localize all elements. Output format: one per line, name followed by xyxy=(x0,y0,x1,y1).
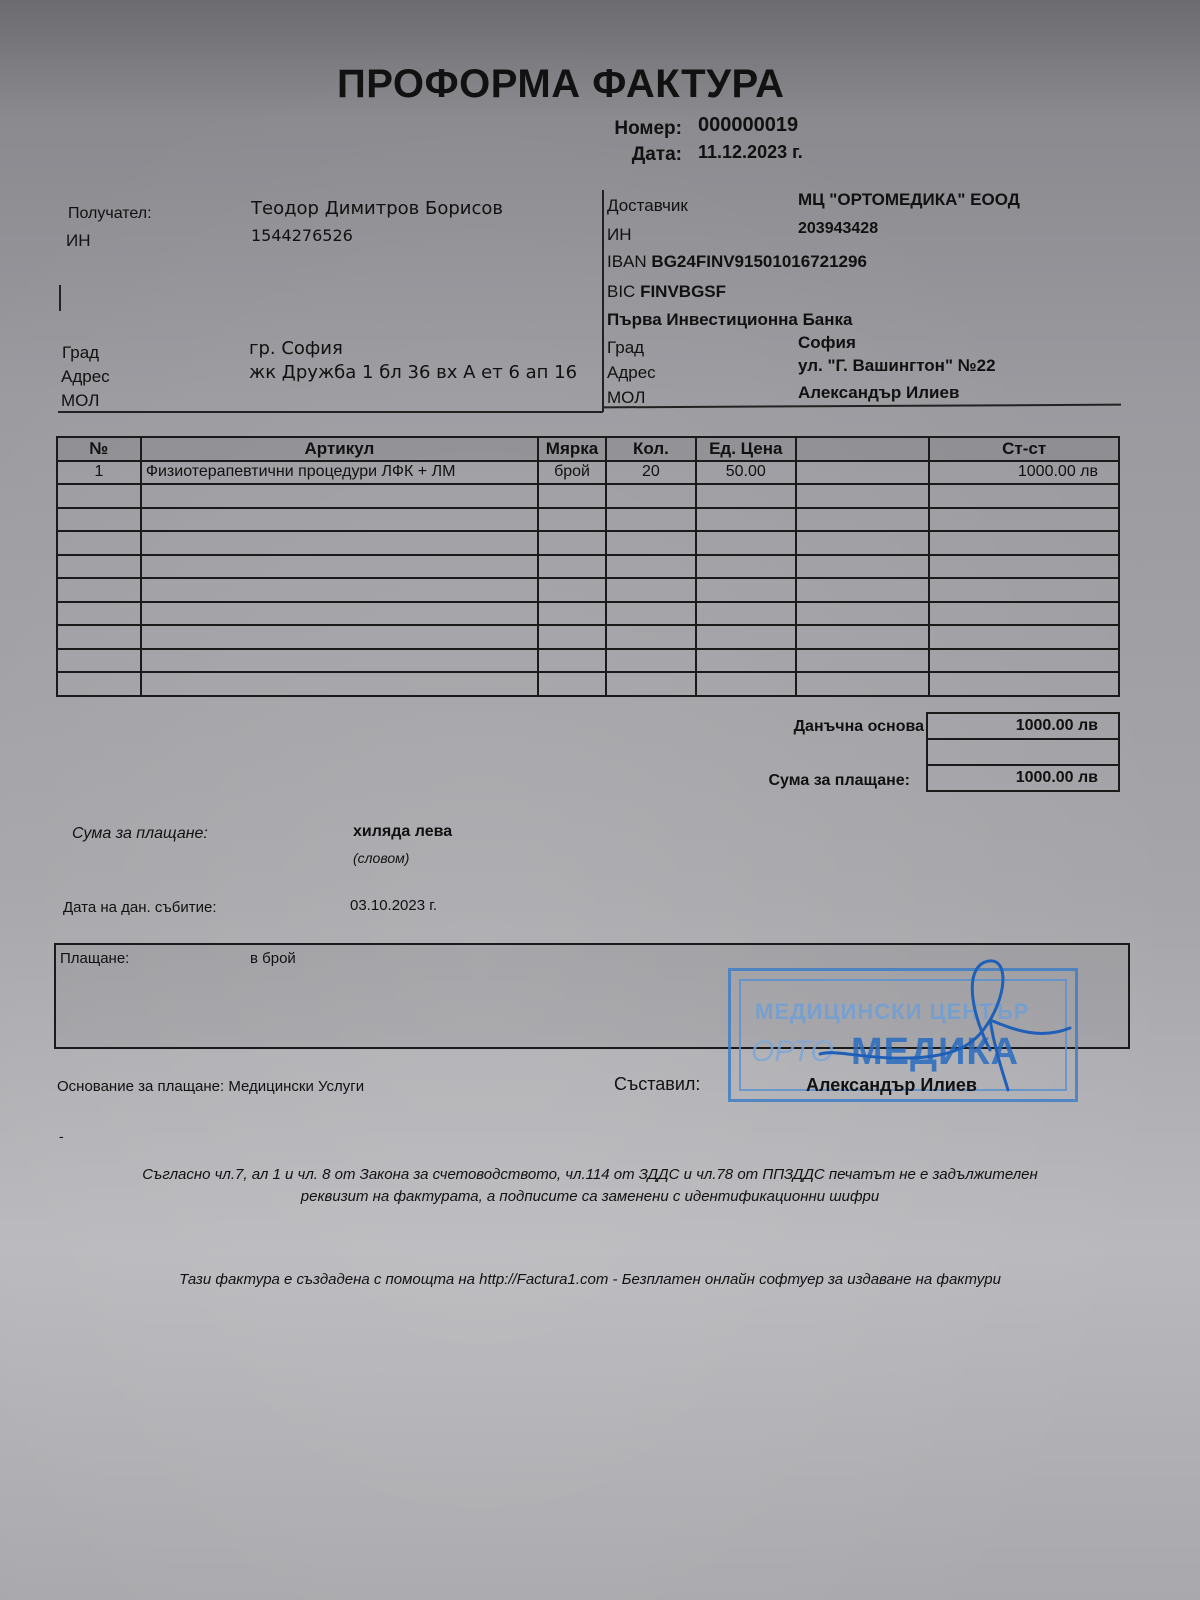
cell-amount xyxy=(929,508,1119,532)
cell-quantity xyxy=(606,672,696,696)
cell-amount xyxy=(929,672,1119,696)
cell-quantity xyxy=(606,531,696,555)
cell-quantity xyxy=(606,649,696,673)
items-header-row: № Артикул Мярка Кол. Ед. Цена Ст-ст xyxy=(57,437,1119,461)
generator-note: Тази фактура е създадена с помощта на ht… xyxy=(60,1271,1120,1288)
cell-article xyxy=(141,649,538,673)
iban-value: BG24FINV91501016721296 xyxy=(651,252,867,271)
supplier-id-label: ИН xyxy=(607,225,632,245)
cell-unit xyxy=(538,508,606,532)
recipient-bottom-rule xyxy=(58,411,603,413)
table-row xyxy=(57,578,1119,602)
cell-number: 1 xyxy=(57,461,141,485)
tax-event-label: Дата на дан. събитие: xyxy=(63,899,217,916)
cell-number xyxy=(57,555,141,579)
cell-amount xyxy=(929,625,1119,649)
cell-unit-price: 50.00 xyxy=(696,461,796,485)
cell-unit-price xyxy=(696,625,796,649)
table-row xyxy=(57,602,1119,626)
cell-number xyxy=(57,531,141,555)
table-row xyxy=(57,649,1119,673)
amount-due-value: 1000.00 лв xyxy=(928,766,1118,790)
composer-label: Съставил: xyxy=(614,1074,700,1095)
cell-unit-price xyxy=(696,672,796,696)
cell-unit: брой xyxy=(538,461,606,485)
col-header-amount: Ст-ст xyxy=(929,437,1119,461)
cell-quantity xyxy=(606,625,696,649)
cell-blank xyxy=(796,578,930,602)
supplier-bic: BIC FINVBGSF xyxy=(607,282,726,302)
bic-label: BIC xyxy=(607,282,635,301)
cell-unit xyxy=(538,672,606,696)
recipient-address-label: Адрес xyxy=(61,367,110,387)
cell-blank xyxy=(796,625,930,649)
supplier-value: МЦ "ОРТОМЕДИКА" ЕООД xyxy=(798,190,1020,210)
cell-blank xyxy=(796,484,930,508)
number-label: Номер: xyxy=(592,118,682,140)
cell-number xyxy=(57,602,141,626)
iban-label: IBAN xyxy=(607,252,647,271)
legal-note-line1: Съгласно чл.7, ал 1 и чл. 8 от Закона за… xyxy=(60,1166,1120,1183)
amount-words-label: Сума за плащане: xyxy=(72,825,208,843)
col-header-unit: Мярка xyxy=(538,437,606,461)
cell-blank xyxy=(796,555,930,579)
amount-words-value: хиляда лева xyxy=(353,823,452,841)
payment-value: в брой xyxy=(250,950,296,967)
amount-due-label: Сума за плащане: xyxy=(700,772,910,790)
cell-unit xyxy=(538,484,606,508)
supplier-city-label: Град xyxy=(607,338,644,358)
cell-amount xyxy=(929,531,1119,555)
cell-unit-price xyxy=(696,508,796,532)
cell-unit xyxy=(538,555,606,579)
recipient-mol-label: МОЛ xyxy=(61,391,99,411)
col-header-number: № xyxy=(57,437,141,461)
cell-amount: 1000.00 лв xyxy=(929,461,1119,485)
col-header-quantity: Кол. xyxy=(606,437,696,461)
cell-quantity: 20 xyxy=(606,461,696,485)
table-row xyxy=(57,531,1119,555)
totals-empty-cell xyxy=(928,740,1118,766)
tax-base-value: 1000.00 лв xyxy=(928,714,1118,740)
cell-unit-price xyxy=(696,484,796,508)
legal-note-line2: реквизит на фактурата, а подписите са за… xyxy=(60,1188,1120,1205)
date-value: 11.12.2023 г. xyxy=(698,142,803,163)
cell-amount xyxy=(929,602,1119,626)
cell-article xyxy=(141,672,538,696)
recipient-label: Получател: xyxy=(68,205,152,223)
cell-blank xyxy=(796,508,930,532)
cell-unit-price xyxy=(696,555,796,579)
supplier-address-value: ул. "Г. Вашингтон" №22 xyxy=(798,356,996,376)
table-row xyxy=(57,484,1119,508)
col-header-blank xyxy=(796,437,930,461)
cell-unit xyxy=(538,531,606,555)
cell-blank xyxy=(796,649,930,673)
supplier-id-value: 203943428 xyxy=(798,220,878,238)
cell-amount xyxy=(929,649,1119,673)
recipient-value: Теодор Димитров Борисов xyxy=(251,198,503,219)
cell-number xyxy=(57,508,141,532)
supplier-label: Доставчик xyxy=(607,196,688,216)
header-divider-vertical xyxy=(602,190,604,412)
table-row xyxy=(57,555,1119,579)
cell-article xyxy=(141,531,538,555)
supplier-city-value: София xyxy=(798,333,856,353)
recipient-id-label: ИН xyxy=(66,231,91,251)
table-row xyxy=(57,672,1119,696)
cell-unit-price xyxy=(696,602,796,626)
cell-quantity xyxy=(606,602,696,626)
document-title: ПРОФОРМА ФАКТУРА xyxy=(337,62,785,107)
cell-blank xyxy=(796,531,930,555)
items-table: № Артикул Мярка Кол. Ед. Цена Ст-ст 1Физ… xyxy=(56,436,1120,697)
cell-unit xyxy=(538,602,606,626)
cell-unit xyxy=(538,578,606,602)
recipient-city-label: Град xyxy=(62,343,99,363)
recipient-address-value: жк Дружба 1 бл 36 вх А ет 6 ап 16 xyxy=(249,362,577,383)
supplier-iban: IBAN BG24FINV91501016721296 xyxy=(607,252,867,272)
cell-quantity xyxy=(606,555,696,579)
supplier-mol-label: МОЛ xyxy=(607,388,645,408)
cell-number xyxy=(57,578,141,602)
cell-number xyxy=(57,649,141,673)
amount-words-hint: (словом) xyxy=(353,850,409,866)
text-cursor-mark xyxy=(59,285,61,311)
cell-article xyxy=(141,602,538,626)
footer-dash: - xyxy=(59,1128,64,1144)
cell-blank xyxy=(796,672,930,696)
table-row xyxy=(57,625,1119,649)
composer-value: Александър Илиев xyxy=(806,1075,977,1096)
payment-basis: Основание за плащане: Медицински Услуги xyxy=(57,1078,364,1095)
cell-unit-price xyxy=(696,649,796,673)
cell-amount xyxy=(929,555,1119,579)
date-label: Дата: xyxy=(592,144,682,166)
cell-number xyxy=(57,672,141,696)
col-header-article: Артикул xyxy=(141,437,538,461)
cell-article xyxy=(141,555,538,579)
cell-number xyxy=(57,625,141,649)
table-row: 1Физиотерапевтични процедури ЛФК + ЛМбро… xyxy=(57,461,1119,485)
table-row xyxy=(57,508,1119,532)
cell-quantity xyxy=(606,484,696,508)
cell-quantity xyxy=(606,578,696,602)
cell-article xyxy=(141,508,538,532)
cell-blank xyxy=(796,602,930,626)
tax-base-label: Данъчна основа xyxy=(740,718,924,736)
cell-unit xyxy=(538,625,606,649)
supplier-mol-value: Александър Илиев xyxy=(798,383,959,403)
cell-article: Физиотерапевтични процедури ЛФК + ЛМ xyxy=(141,461,538,485)
cell-amount xyxy=(929,484,1119,508)
supplier-address-label: Адрес xyxy=(607,363,656,383)
payment-label: Плащане: xyxy=(60,950,129,967)
paper-surface xyxy=(0,0,1200,1600)
recipient-city-value: гр. София xyxy=(249,338,343,359)
supplier-bottom-rule xyxy=(603,404,1121,409)
totals-box: 1000.00 лв 1000.00 лв xyxy=(926,712,1120,792)
bic-value: FINVBGSF xyxy=(640,282,726,301)
cell-blank xyxy=(796,461,930,485)
cell-article xyxy=(141,625,538,649)
cell-unit-price xyxy=(696,578,796,602)
cell-quantity xyxy=(606,508,696,532)
cell-article xyxy=(141,484,538,508)
cell-number xyxy=(57,484,141,508)
cell-article xyxy=(141,578,538,602)
bank-name: Първа Инвестиционна Банка xyxy=(607,310,852,330)
tax-event-value: 03.10.2023 г. xyxy=(350,897,437,914)
recipient-id-value: 1544276526 xyxy=(251,226,353,245)
number-value: 000000019 xyxy=(698,114,798,137)
col-header-unit-price: Ед. Цена xyxy=(696,437,796,461)
cell-unit-price xyxy=(696,531,796,555)
cell-unit xyxy=(538,649,606,673)
cell-amount xyxy=(929,578,1119,602)
